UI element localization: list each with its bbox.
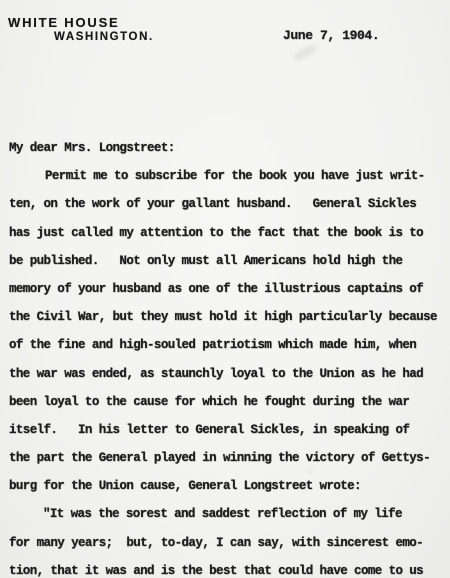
letter-line: has just called my attention to the fact… <box>9 219 447 247</box>
letter-body: My dear Mrs. Longstreet: Permit me to su… <box>9 134 447 578</box>
letter-line: the war was ended, as staunchly loyal to… <box>9 360 447 388</box>
letter-line: been loyal to the cause for which he fou… <box>9 388 447 416</box>
letter-quote-line: tion, that it was and is the best that c… <box>9 557 447 578</box>
letter-date: June 7, 1904. <box>283 28 379 43</box>
letter-page: WHITE HOUSE WASHINGTON. June 7, 1904. My… <box>0 0 450 578</box>
letter-line: the part the General played in winning t… <box>9 444 447 472</box>
letter-line: ten, on the work of your gallant husband… <box>9 190 447 218</box>
letter-line: the Civil War, but they must hold it hig… <box>9 303 447 331</box>
letter-line: be published. Not only must all American… <box>9 247 447 275</box>
letter-quote-line: "It was the sorest and saddest reflectio… <box>9 500 447 528</box>
letter-line: of the fine and high-souled patriotism w… <box>9 331 447 359</box>
letter-line: itself. In his letter to General Sickles… <box>9 416 447 444</box>
letter-line: burg for the Union cause, General Longst… <box>9 472 447 500</box>
letter-line: Permit me to subscribe for the book you … <box>9 162 447 190</box>
letter-line: memory of your husband as one of the ill… <box>9 275 447 303</box>
letterhead-white-house: WHITE HOUSE <box>8 15 120 30</box>
letter-salutation: My dear Mrs. Longstreet: <box>9 134 447 162</box>
letter-quote-line: for many years; but, to-day, I can say, … <box>9 529 447 557</box>
scan-smudge <box>291 42 318 62</box>
letterhead-washington: WASHINGTON. <box>54 31 154 43</box>
